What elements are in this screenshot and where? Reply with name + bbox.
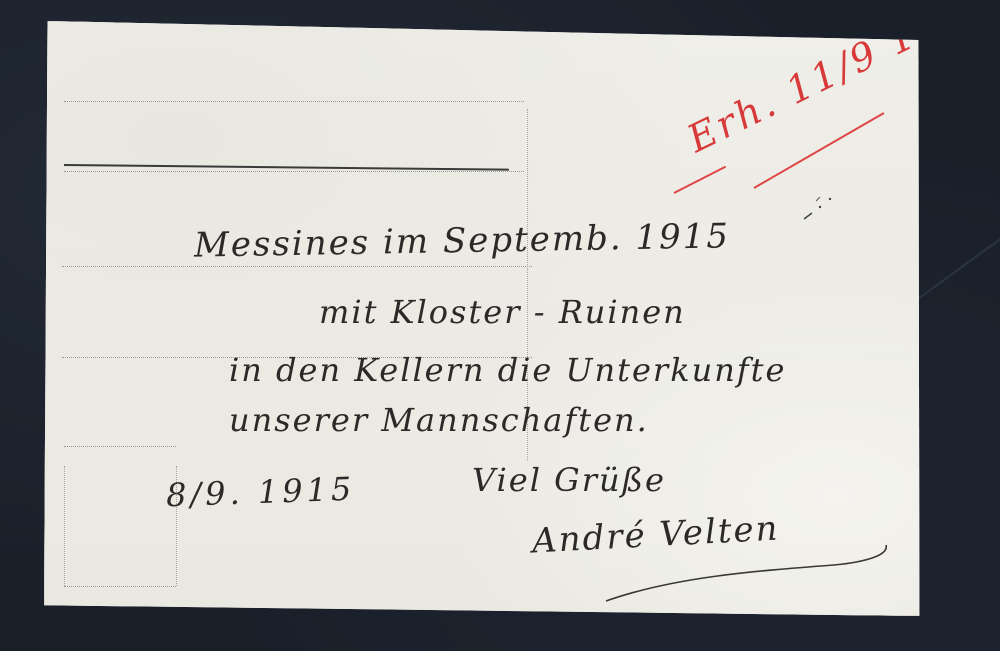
stamp-box-top [64, 446, 176, 447]
red-underline-short [674, 166, 727, 194]
message-line-1: Messines im Septemb. 1915 [194, 216, 731, 265]
message-line-3: in den Kellern die Unterkunfte [229, 351, 786, 389]
printed-dotted-line-2 [64, 171, 524, 172]
handwritten-date: 8/9. 1915 [165, 470, 355, 515]
stamp-box-bottom [64, 586, 176, 587]
message-line-2: mit Kloster - Ruinen [319, 293, 686, 331]
closing-greeting: Viel Grüße [472, 461, 666, 499]
backdrop-fold-crease [914, 230, 1000, 302]
message-line-4: unserer Mannschaften. [229, 401, 649, 439]
printed-dotted-line-1 [64, 101, 524, 102]
printed-solid-rule [64, 164, 509, 171]
printed-dotted-line-3 [62, 266, 532, 267]
postcard: Erh. 11/9 15 Messines im Septemb. 1915 m… [44, 21, 922, 616]
red-received-annotation: Erh. 11/9 15 [681, 0, 949, 161]
signature-flourish [604, 539, 894, 609]
pencil-marks [800, 189, 860, 225]
stamp-box-left [64, 466, 65, 586]
